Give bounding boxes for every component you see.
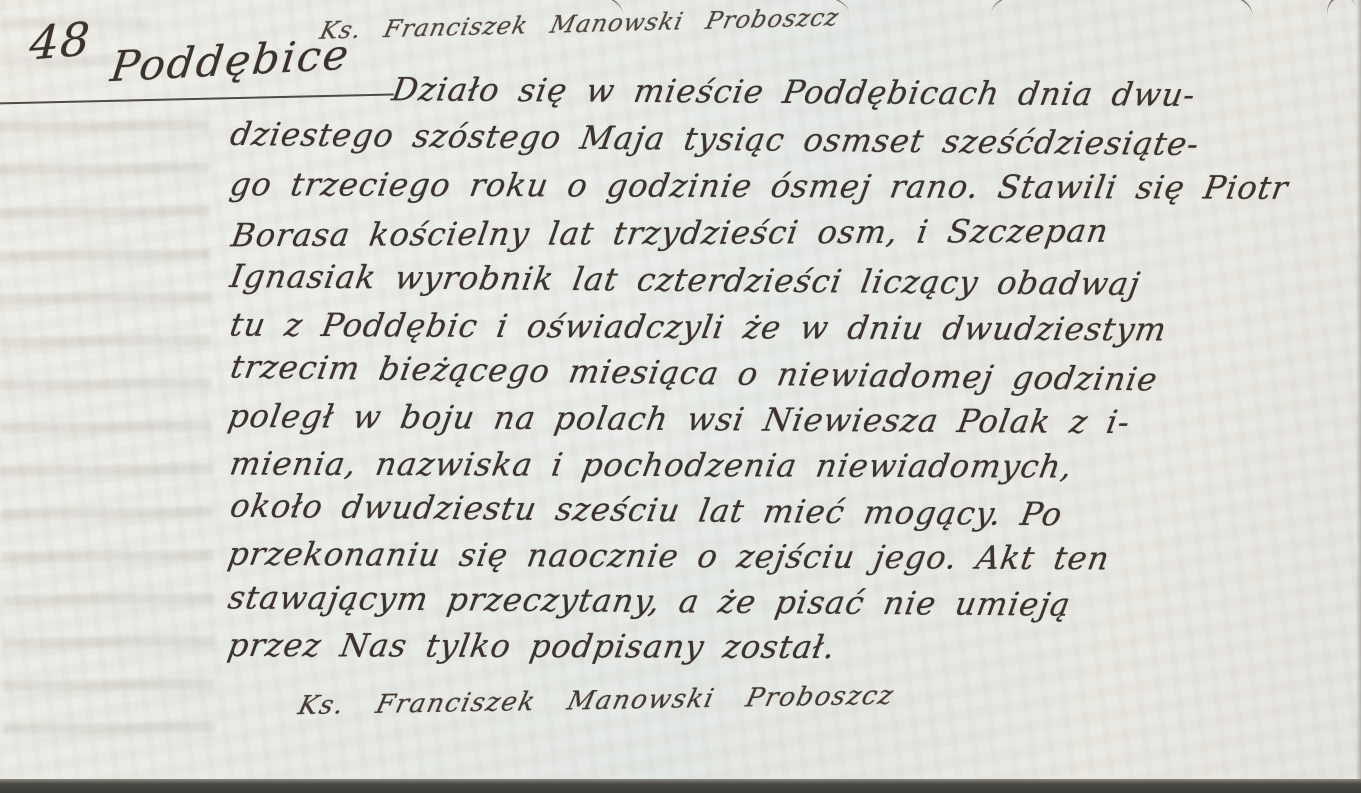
entry-number: 48 — [28, 11, 92, 70]
previous-record-signature: Ks. Franciszek Manowski Proboszcz — [317, 3, 842, 44]
cropped-pen-stroke — [1199, 0, 1257, 18]
body-line: około dwudziestu sześciu lat mieć mogący… — [227, 486, 1065, 535]
body-line: Borasa kościelny lat trzydzieści osm, i … — [229, 211, 1112, 256]
body-line: Ignasiak wyrobnik lat czterdzieści liczą… — [227, 256, 1143, 304]
body-line: go trzeciego roku o godzinie ósmej rano.… — [227, 164, 1291, 208]
cropped-pen-stroke — [989, 0, 1061, 15]
body-line: mienia, nazwiska i pochodzenia niewiadom… — [227, 444, 1076, 487]
body-line: trzecim bieżącego miesiąca o niewiadomej… — [228, 347, 1161, 400]
body-line: poległ w boju na polach wsi Niewiesza Po… — [225, 396, 1133, 442]
body-line: Działo się w mieście Poddębicach dnia dw… — [389, 69, 1199, 115]
scan-bottom-edge — [0, 779, 1361, 793]
body-line: dziestego szóstego Maja tysiąc osmset sz… — [227, 114, 1202, 164]
ink-bleed-through — [0, 107, 215, 759]
body-line: przekonaniu się naocznie o zejściu jego.… — [225, 534, 1113, 579]
cropped-pen-stroke — [1323, 0, 1357, 19]
scanned-register-page: Ks. Franciszek Manowski Proboszcz 48 Pod… — [0, 0, 1361, 793]
body-line: przez Nas tylko podpisany został. — [225, 625, 839, 667]
priest-signature: Ks. Franciszek Manowski Proboszcz — [295, 681, 897, 721]
heading-underline — [0, 93, 394, 104]
body-line: tu z Poddębic i oświadczyli że w dniu dw… — [227, 305, 1170, 350]
scan-right-shadow — [1356, 0, 1361, 793]
body-line: stawającym przeczytany, a że pisać nie u… — [225, 577, 1074, 624]
